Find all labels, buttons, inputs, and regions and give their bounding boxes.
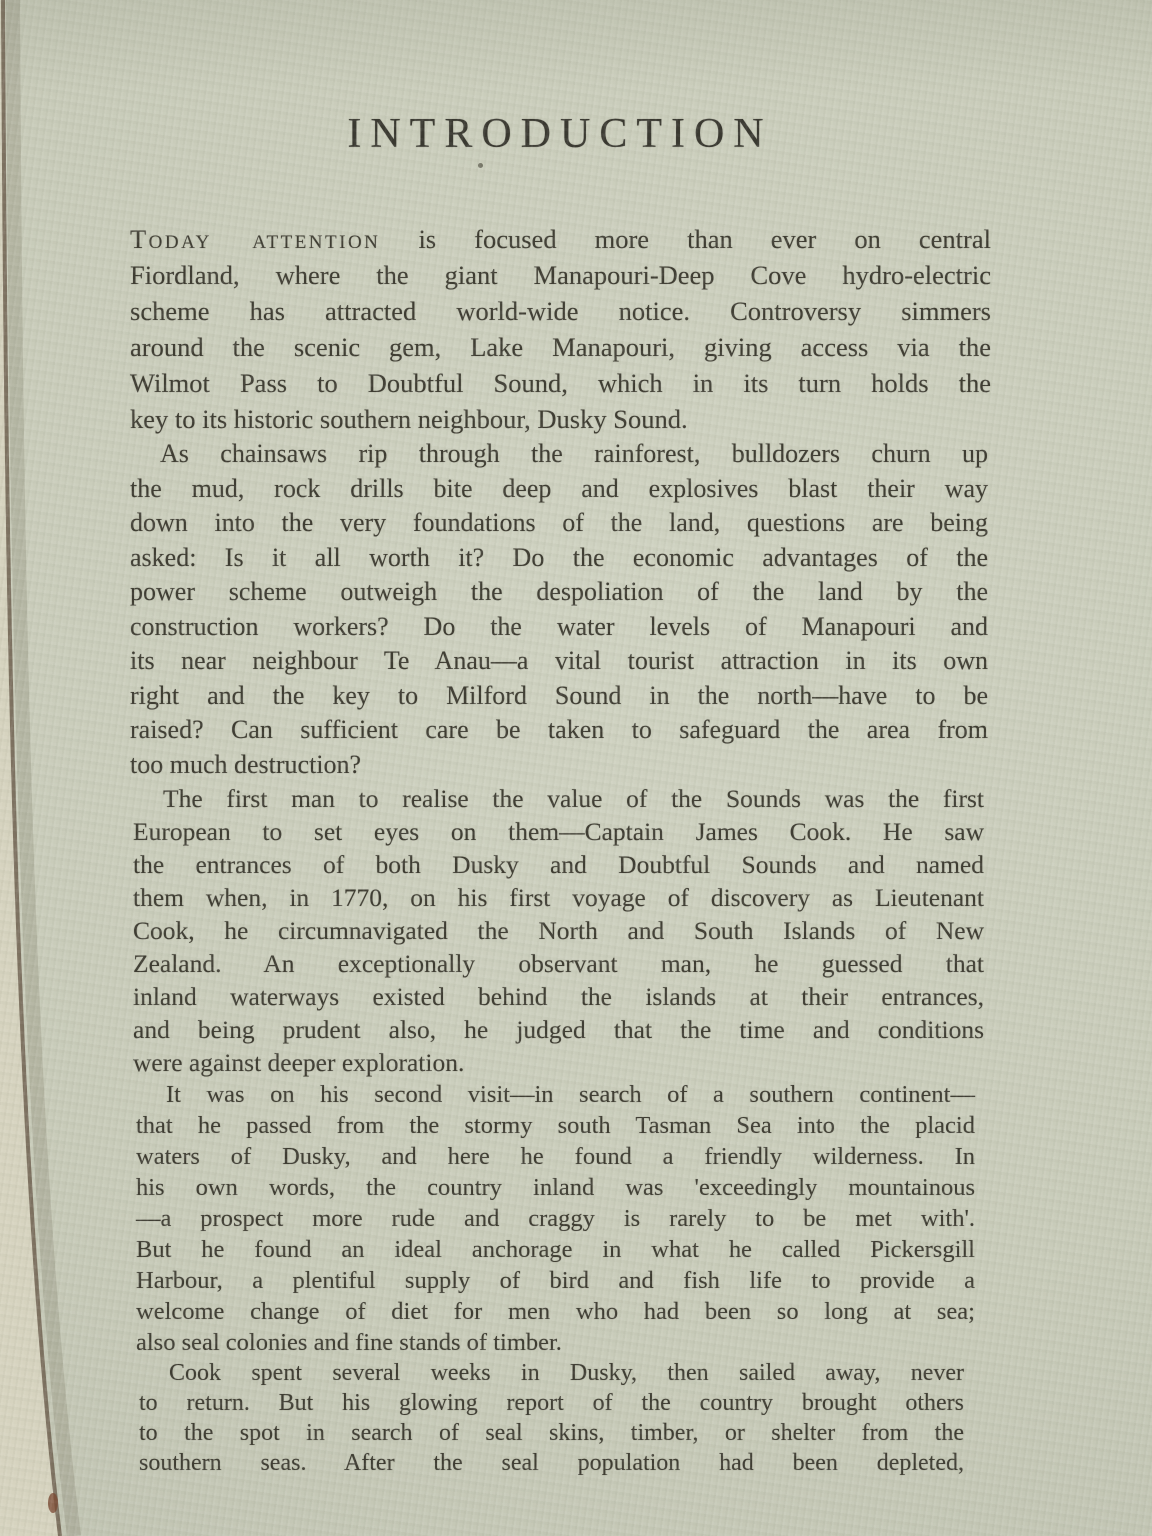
text-block: Today attention is focused more than eve… [0, 221, 1152, 1478]
page-title: INTRODUCTION [0, 110, 1136, 158]
text-line: key to its historic southern neighbour, … [130, 401, 991, 437]
text-line: and being prudent also, he judged that t… [133, 1013, 984, 1046]
smallcaps-lead: Today attention [130, 224, 380, 254]
text-line: them when, in 1770, on his first voyage … [133, 881, 984, 914]
text-line: construction workers? Do the water level… [130, 610, 988, 645]
book-page-photo: INTRODUCTION Today attention is focused … [0, 0, 1152, 1536]
text-line: European to set eyes on them—Captain Jam… [133, 815, 984, 848]
text-line: to return. But his glowing report of the… [139, 1388, 964, 1418]
text-line: its near neighbour Te Anau—a vital touri… [130, 644, 988, 679]
text-line: Wilmot Pass to Doubtful Sound, which in … [130, 365, 991, 401]
text-line: raised? Can sufficient care be taken to … [130, 713, 988, 748]
text-line: The first man to realise the value of th… [133, 782, 984, 815]
text-line: southern seas. After the seal population… [139, 1448, 964, 1478]
text-line: around the scenic gem, Lake Manapouri, g… [130, 329, 991, 365]
text-line: that he passed from the stormy south Tas… [136, 1110, 975, 1141]
stain [48, 1493, 58, 1513]
text-line: Today attention is focused more than eve… [130, 221, 991, 257]
text-line: waters of Dusky, and here he found a fri… [136, 1141, 975, 1172]
ink-fleck [478, 163, 483, 168]
text-line: right and the key to Milford Sound in th… [130, 679, 988, 714]
text-line: Fiordland, where the giant Manapouri-Dee… [130, 257, 991, 293]
text-line: were against deeper exploration. [133, 1046, 984, 1079]
paragraph: It was on his second visit—in search of … [136, 1079, 975, 1358]
text-line: Cook, he circumnavigated the North and S… [133, 914, 984, 947]
text-line: power scheme outweigh the despoliation o… [130, 575, 988, 610]
text-line: scheme has attracted world-wide notice. … [130, 293, 991, 329]
text-line: —a prospect more rude and craggy is rare… [136, 1203, 975, 1234]
text-line: inland waterways existed behind the isla… [133, 980, 984, 1013]
text-line: the mud, rock drills bite deep and explo… [130, 472, 988, 507]
text-line: As chainsaws rip through the rainforest,… [130, 437, 988, 472]
text-line: It was on his second visit—in search of … [136, 1079, 975, 1110]
text-line: to the spot in search of seal skins, tim… [139, 1418, 964, 1448]
text-line: the entrances of both Dusky and Doubtful… [133, 848, 984, 881]
text-line: welcome change of diet for men who had b… [136, 1296, 975, 1327]
text-line: Zealand. An exceptionally observant man,… [133, 947, 984, 980]
text-line: But he found an ideal anchorage in what … [136, 1234, 975, 1265]
paragraph: Today attention is focused more than eve… [130, 221, 991, 437]
text-line: Cook spent several weeks in Dusky, then … [139, 1358, 964, 1388]
text-line: asked: Is it all worth it? Do the econom… [130, 541, 988, 576]
paragraph: The first man to realise the value of th… [133, 782, 984, 1079]
text-line: Harbour, a plentiful supply of bird and … [136, 1265, 975, 1296]
paragraph: As chainsaws rip through the rainforest,… [130, 437, 988, 782]
text-line: down into the very foundations of the la… [130, 506, 988, 541]
text-line: his own words, the country inland was 'e… [136, 1172, 975, 1203]
text-line: also seal colonies and fine stands of ti… [136, 1327, 975, 1358]
text-line: too much destruction? [130, 748, 988, 783]
paragraph: Cook spent several weeks in Dusky, then … [139, 1358, 964, 1478]
